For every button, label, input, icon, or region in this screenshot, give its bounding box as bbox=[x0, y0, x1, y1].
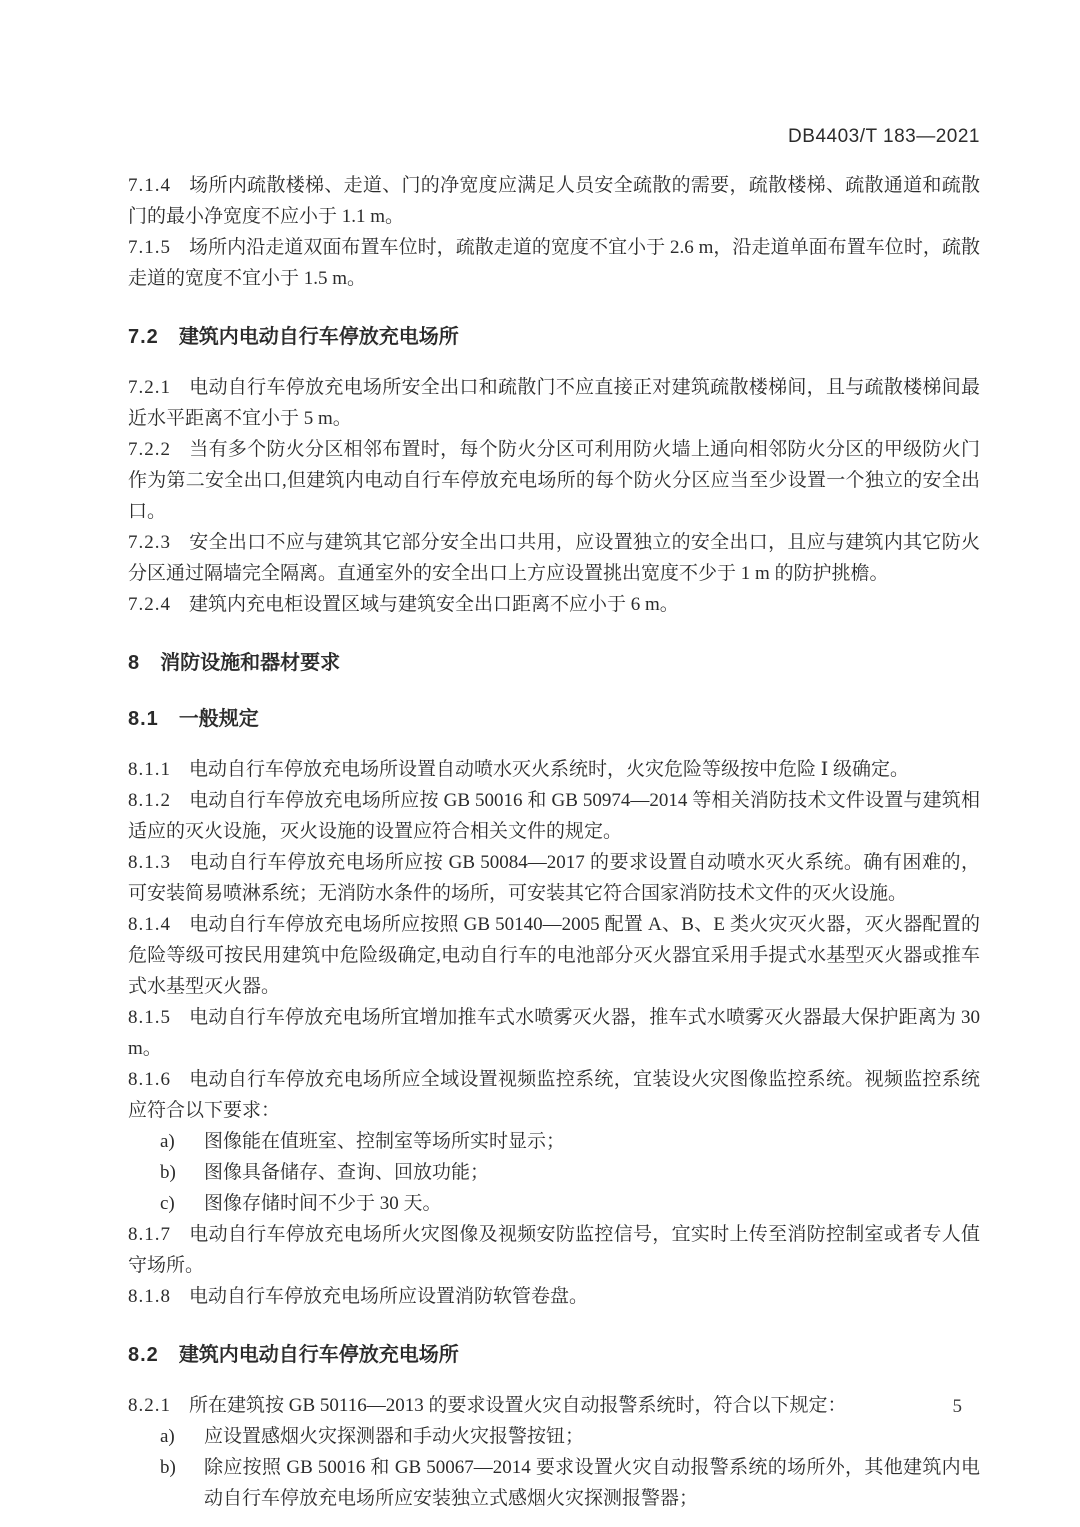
clause-text: 所在建筑按 GB 50116—2013 的要求设置火灾自动报警系统时，符合以下规… bbox=[189, 1395, 846, 1416]
list-item: a)应设置感烟火灾探测器和手动火灾报警按钮； bbox=[128, 1421, 980, 1452]
clause-7-2-2: 7.2.2当有多个防火分区相邻布置时，每个防火分区可利用防火墙上通向相邻防火分区… bbox=[128, 434, 980, 527]
clause-number: 8.1.2 bbox=[128, 790, 171, 811]
clause-8-1-1: 8.1.1电动自行车停放充电场所设置自动喷水灭火系统时，火灾危险等级按中危险 Ⅰ… bbox=[128, 754, 980, 785]
clause-number: 8.1.7 bbox=[128, 1224, 171, 1245]
clause-number: 7.2.3 bbox=[128, 532, 171, 553]
list-item-marker: c) bbox=[160, 1188, 175, 1219]
clause-text: 电动自行车停放充电场所应按照 GB 50140—2005 配置 A、B、E 类火… bbox=[128, 914, 980, 997]
list-item-text: 图像具备储存、查询、回放功能； bbox=[204, 1162, 489, 1183]
heading-text: 消防设施和器材要求 bbox=[160, 652, 340, 674]
clause-text: 建筑内充电柜设置区域与建筑安全出口距离不应小于 6 m。 bbox=[189, 594, 679, 615]
lettered-list: a)应设置感烟火灾探测器和手动火灾报警按钮；b)除应按照 GB 50016 和 … bbox=[128, 1421, 980, 1514]
clause-text: 场所内疏散楼梯、走道、门的净宽度应满足人员安全疏散的需要，疏散楼梯、疏散通道和疏… bbox=[128, 175, 980, 227]
clause-number: 8.1.5 bbox=[128, 1007, 171, 1028]
clause-text: 安全出口不应与建筑其它部分安全出口共用，应设置独立的安全出口，且应与建筑内其它防… bbox=[128, 532, 980, 584]
clause-7-2-4: 7.2.4建筑内充电柜设置区域与建筑安全出口距离不应小于 6 m。 bbox=[128, 589, 980, 620]
clause-number: 8.1.8 bbox=[128, 1286, 171, 1307]
clause-number: 7.2.1 bbox=[128, 377, 171, 398]
standard-reference: DB4403/T 183—2021 bbox=[788, 126, 980, 147]
document-body: 7.1.4场所内疏散楼梯、走道、门的净宽度应满足人员安全疏散的需要，疏散楼梯、疏… bbox=[128, 170, 980, 1514]
clause-8-1-6: 8.1.6电动自行车停放充电场所应全域设置视频监控系统，宜装设火灾图像监控系统。… bbox=[128, 1064, 980, 1126]
clause-number: 8.1.4 bbox=[128, 914, 171, 935]
clause-8-1-4: 8.1.4电动自行车停放充电场所应按照 GB 50140—2005 配置 A、B… bbox=[128, 909, 980, 1002]
list-item-marker: b) bbox=[160, 1452, 176, 1483]
heading-number: 7.2 bbox=[128, 326, 159, 348]
clause-8-2-1: 8.2.1所在建筑按 GB 50116—2013 的要求设置火灾自动报警系统时，… bbox=[128, 1390, 980, 1421]
clause-text: 电动自行车停放充电场所设置自动喷水灭火系统时，火灾危险等级按中危险 Ⅰ 级确定。 bbox=[189, 759, 909, 780]
list-item-text: 除应按照 GB 50016 和 GB 50067—2014 要求设置火灾自动报警… bbox=[204, 1457, 980, 1509]
list-item-marker: a) bbox=[160, 1126, 175, 1157]
list-item-text: 应设置感烟火灾探测器和手动火灾报警按钮； bbox=[204, 1426, 584, 1447]
clause-text: 电动自行车停放充电场所安全出口和疏散门不应直接正对建筑疏散楼梯间，且与疏散楼梯间… bbox=[128, 377, 980, 429]
list-item-marker: b) bbox=[160, 1157, 176, 1188]
list-item: c)图像存储时间不少于 30 天。 bbox=[128, 1188, 980, 1219]
section-heading-8: 8消防设施和器材要求 bbox=[128, 650, 980, 676]
clause-text: 电动自行车停放充电场所宜增加推车式水喷雾灭火器，推车式水喷雾灭火器最大保护距离为… bbox=[128, 1007, 980, 1059]
clause-text: 场所内沿走道双面布置车位时，疏散走道的宽度不宜小于 2.6 m，沿走道单面布置车… bbox=[128, 237, 980, 289]
section-heading-8-2: 8.2建筑内电动自行车停放充电场所 bbox=[128, 1342, 980, 1368]
clause-text: 当有多个防火分区相邻布置时，每个防火分区可利用防火墙上通向相邻防火分区的甲级防火… bbox=[128, 439, 980, 522]
clause-8-1-2: 8.1.2电动自行车停放充电场所应按 GB 50016 和 GB 50974—2… bbox=[128, 785, 980, 847]
clause-number: 8.1.6 bbox=[128, 1069, 171, 1090]
heading-number: 8.2 bbox=[128, 1344, 159, 1366]
page-number: 5 bbox=[953, 1396, 963, 1417]
lettered-list: a)图像能在值班室、控制室等场所实时显示；b)图像具备储存、查询、回放功能；c)… bbox=[128, 1126, 980, 1219]
heading-text: 建筑内电动自行车停放充电场所 bbox=[179, 1344, 459, 1366]
list-item-text: 图像存储时间不少于 30 天。 bbox=[204, 1193, 442, 1214]
list-item-text: 图像能在值班室、控制室等场所实时显示； bbox=[204, 1131, 565, 1152]
clause-8-1-8: 8.1.8电动自行车停放充电场所应设置消防软管卷盘。 bbox=[128, 1281, 980, 1312]
clause-7-2-3: 7.2.3安全出口不应与建筑其它部分安全出口共用，应设置独立的安全出口，且应与建… bbox=[128, 527, 980, 589]
clause-7-1-5: 7.1.5场所内沿走道双面布置车位时，疏散走道的宽度不宜小于 2.6 m，沿走道… bbox=[128, 232, 980, 294]
heading-number: 8 bbox=[128, 652, 140, 674]
list-item: a)图像能在值班室、控制室等场所实时显示； bbox=[128, 1126, 980, 1157]
clause-text: 电动自行车停放充电场所火灾图像及视频安防监控信号，宜实时上传至消防控制室或者专人… bbox=[128, 1224, 980, 1276]
document-header: DB4403/T 183—2021 bbox=[0, 0, 1080, 148]
clause-text: 电动自行车停放充电场所应全域设置视频监控系统，宜装设火灾图像监控系统。视频监控系… bbox=[128, 1069, 980, 1121]
clause-8-1-3: 8.1.3电动自行车停放充电场所应按 GB 50084—2017 的要求设置自动… bbox=[128, 847, 980, 909]
section-heading-7-2: 7.2建筑内电动自行车停放充电场所 bbox=[128, 324, 980, 350]
clause-8-1-5: 8.1.5电动自行车停放充电场所宜增加推车式水喷雾灭火器，推车式水喷雾灭火器最大… bbox=[128, 1002, 980, 1064]
clause-number: 7.2.4 bbox=[128, 594, 171, 615]
heading-text: 建筑内电动自行车停放充电场所 bbox=[179, 326, 459, 348]
clause-number: 7.1.4 bbox=[128, 175, 171, 196]
clause-text: 电动自行车停放充电场所应设置消防软管卷盘。 bbox=[189, 1286, 588, 1307]
clause-7-2-1: 7.2.1电动自行车停放充电场所安全出口和疏散门不应直接正对建筑疏散楼梯间，且与… bbox=[128, 372, 980, 434]
clause-7-1-4: 7.1.4场所内疏散楼梯、走道、门的净宽度应满足人员安全疏散的需要，疏散楼梯、疏… bbox=[128, 170, 980, 232]
clause-number: 8.2.1 bbox=[128, 1395, 171, 1416]
document-footer: 5 bbox=[953, 1396, 963, 1418]
clause-number: 7.1.5 bbox=[128, 237, 171, 258]
list-item: b)图像具备储存、查询、回放功能； bbox=[128, 1157, 980, 1188]
clause-number: 8.1.1 bbox=[128, 759, 171, 780]
clause-text: 电动自行车停放充电场所应按 GB 50016 和 GB 50974—2014 等… bbox=[128, 790, 980, 842]
document-page: DB4403/T 183—2021 7.1.4场所内疏散楼梯、走道、门的净宽度应… bbox=[0, 0, 1080, 1527]
clause-8-1-7: 8.1.7电动自行车停放充电场所火灾图像及视频安防监控信号，宜实时上传至消防控制… bbox=[128, 1219, 980, 1281]
list-item-marker: a) bbox=[160, 1421, 175, 1452]
clause-text: 电动自行车停放充电场所应按 GB 50084—2017 的要求设置自动喷水灭火系… bbox=[128, 852, 980, 904]
list-item: b)除应按照 GB 50016 和 GB 50067—2014 要求设置火灾自动… bbox=[128, 1452, 980, 1514]
section-heading-8-1: 8.1一般规定 bbox=[128, 706, 980, 732]
clause-number: 8.1.3 bbox=[128, 852, 171, 873]
heading-text: 一般规定 bbox=[179, 708, 259, 730]
clause-number: 7.2.2 bbox=[128, 439, 171, 460]
heading-number: 8.1 bbox=[128, 708, 159, 730]
